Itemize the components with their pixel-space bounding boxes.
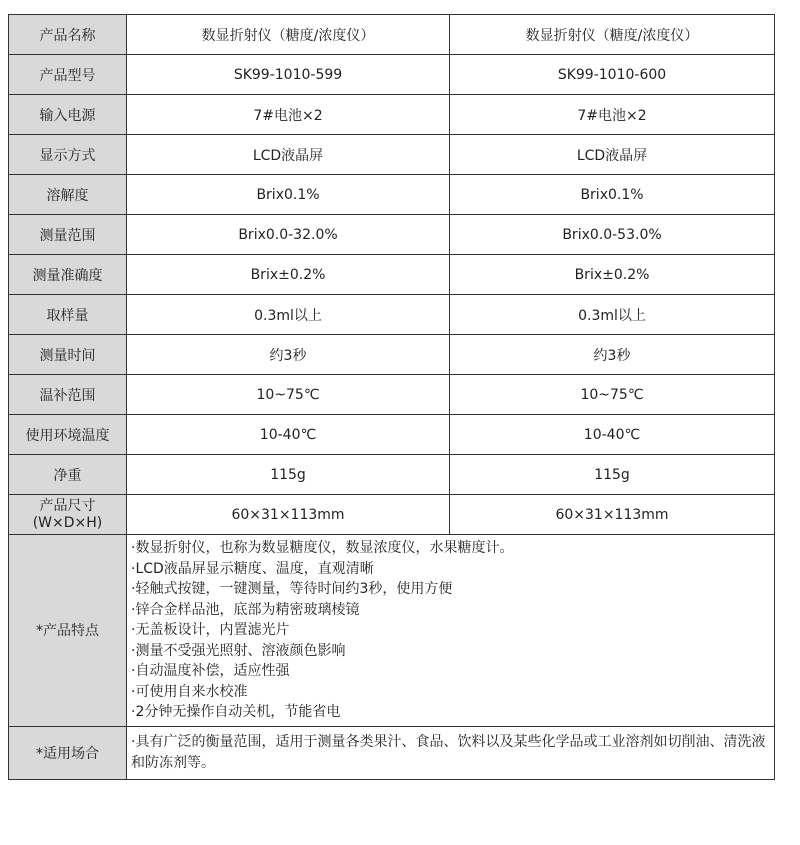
cell-model-b: 0.3ml以上 [450, 295, 775, 335]
cell-model-a: 约3秒 [127, 335, 450, 375]
cell-model-b: 115g [450, 455, 775, 495]
cell-model-a: SK99-1010-599 [127, 55, 450, 95]
applications-text: ·具有广泛的衡量范围，适用于测量各类果汁、食品、饮料以及某些化学品或工业溶剂如切… [127, 726, 775, 779]
row-label: 产品名称 [9, 15, 127, 55]
row-label: 净重 [9, 455, 127, 495]
row-product-name: 产品名称 数显折射仪（糖度/浓度仪） 数显折射仪（糖度/浓度仪） [9, 15, 775, 55]
row-dimensions: 产品尺寸 (W×D×H) 60×31×113mm 60×31×113mm [9, 495, 775, 535]
row-temp-compensation: 温补范围 10~75℃ 10~75℃ [9, 375, 775, 415]
row-label: 温补范围 [9, 375, 127, 415]
cell-model-b: 7#电池×2 [450, 95, 775, 135]
row-model-number: 产品型号 SK99-1010-599 SK99-1010-600 [9, 55, 775, 95]
row-accuracy: 测量准确度 Brix±0.2% Brix±0.2% [9, 255, 775, 295]
cell-model-b: Brix±0.2% [450, 255, 775, 295]
cell-model-b: LCD液晶屏 [450, 135, 775, 175]
feature-item: ·轻触式按键，一键测量，等待时间约3秒，使用方便 [131, 579, 770, 600]
row-resolution: 溶解度 Brix0.1% Brix0.1% [9, 175, 775, 215]
feature-item: ·无盖板设计，内置滤光片 [131, 620, 770, 641]
cell-model-b: 60×31×113mm [450, 495, 775, 535]
cell-model-b: Brix0.1% [450, 175, 775, 215]
cell-model-a: 115g [127, 455, 450, 495]
row-label: *适用场合 [9, 726, 127, 779]
cell-model-b: Brix0.0-53.0% [450, 215, 775, 255]
cell-model-b: 约3秒 [450, 335, 775, 375]
cell-model-b: SK99-1010-600 [450, 55, 775, 95]
cell-model-b: 10~75℃ [450, 375, 775, 415]
row-label: 测量准确度 [9, 255, 127, 295]
row-operating-temp: 使用环境温度 10-40℃ 10-40℃ [9, 415, 775, 455]
cell-model-b: 数显折射仪（糖度/浓度仪） [450, 15, 775, 55]
feature-item: ·2分钟无操作自动关机，节能省电 [131, 702, 770, 723]
row-label: 溶解度 [9, 175, 127, 215]
feature-item: ·可使用自来水校准 [131, 682, 770, 703]
row-range: 测量范围 Brix0.0-32.0% Brix0.0-53.0% [9, 215, 775, 255]
cell-model-a: 10-40℃ [127, 415, 450, 455]
feature-item: ·自动温度补偿，适应性强 [131, 661, 770, 682]
row-features: *产品特点 ·数显折射仪，也称为数显糖度仪，数显浓度仪，水果糖度计。 ·LCD液… [9, 535, 775, 727]
cell-model-a: LCD液晶屏 [127, 135, 450, 175]
row-applications: *适用场合 ·具有广泛的衡量范围，适用于测量各类果汁、食品、饮料以及某些化学品或… [9, 726, 775, 779]
row-label: 测量时间 [9, 335, 127, 375]
row-label: *产品特点 [9, 535, 127, 727]
cell-model-a: 数显折射仪（糖度/浓度仪） [127, 15, 450, 55]
feature-item: ·数显折射仪，也称为数显糖度仪，数显浓度仪，水果糖度计。 [131, 538, 770, 559]
row-net-weight: 净重 115g 115g [9, 455, 775, 495]
row-sample-volume: 取样量 0.3ml以上 0.3ml以上 [9, 295, 775, 335]
row-label: 产品型号 [9, 55, 127, 95]
cell-model-b: 10-40℃ [450, 415, 775, 455]
row-label: 显示方式 [9, 135, 127, 175]
row-label-line1: 产品尺寸 [9, 498, 126, 515]
row-measure-time: 测量时间 约3秒 约3秒 [9, 335, 775, 375]
row-label: 取样量 [9, 295, 127, 335]
cell-model-a: 60×31×113mm [127, 495, 450, 535]
spec-table: 产品名称 数显折射仪（糖度/浓度仪） 数显折射仪（糖度/浓度仪） 产品型号 SK… [8, 14, 775, 780]
feature-item: ·测量不受强光照射、溶液颜色影响 [131, 641, 770, 662]
row-label: 输入电源 [9, 95, 127, 135]
feature-item: ·LCD液晶屏显示糖度、温度，直观清晰 [131, 559, 770, 580]
row-power: 输入电源 7#电池×2 7#电池×2 [9, 95, 775, 135]
row-display: 显示方式 LCD液晶屏 LCD液晶屏 [9, 135, 775, 175]
row-label-line2: (W×D×H) [9, 515, 126, 532]
row-label: 产品尺寸 (W×D×H) [9, 495, 127, 535]
row-label: 测量范围 [9, 215, 127, 255]
features-list: ·数显折射仪，也称为数显糖度仪，数显浓度仪，水果糖度计。 ·LCD液晶屏显示糖度… [127, 535, 775, 727]
cell-model-a: 7#电池×2 [127, 95, 450, 135]
cell-model-a: Brix0.1% [127, 175, 450, 215]
row-label: 使用环境温度 [9, 415, 127, 455]
cell-model-a: 10~75℃ [127, 375, 450, 415]
cell-model-a: Brix0.0-32.0% [127, 215, 450, 255]
cell-model-a: Brix±0.2% [127, 255, 450, 295]
cell-model-a: 0.3ml以上 [127, 295, 450, 335]
feature-item: ·锌合金样品池，底部为精密玻璃棱镜 [131, 600, 770, 621]
